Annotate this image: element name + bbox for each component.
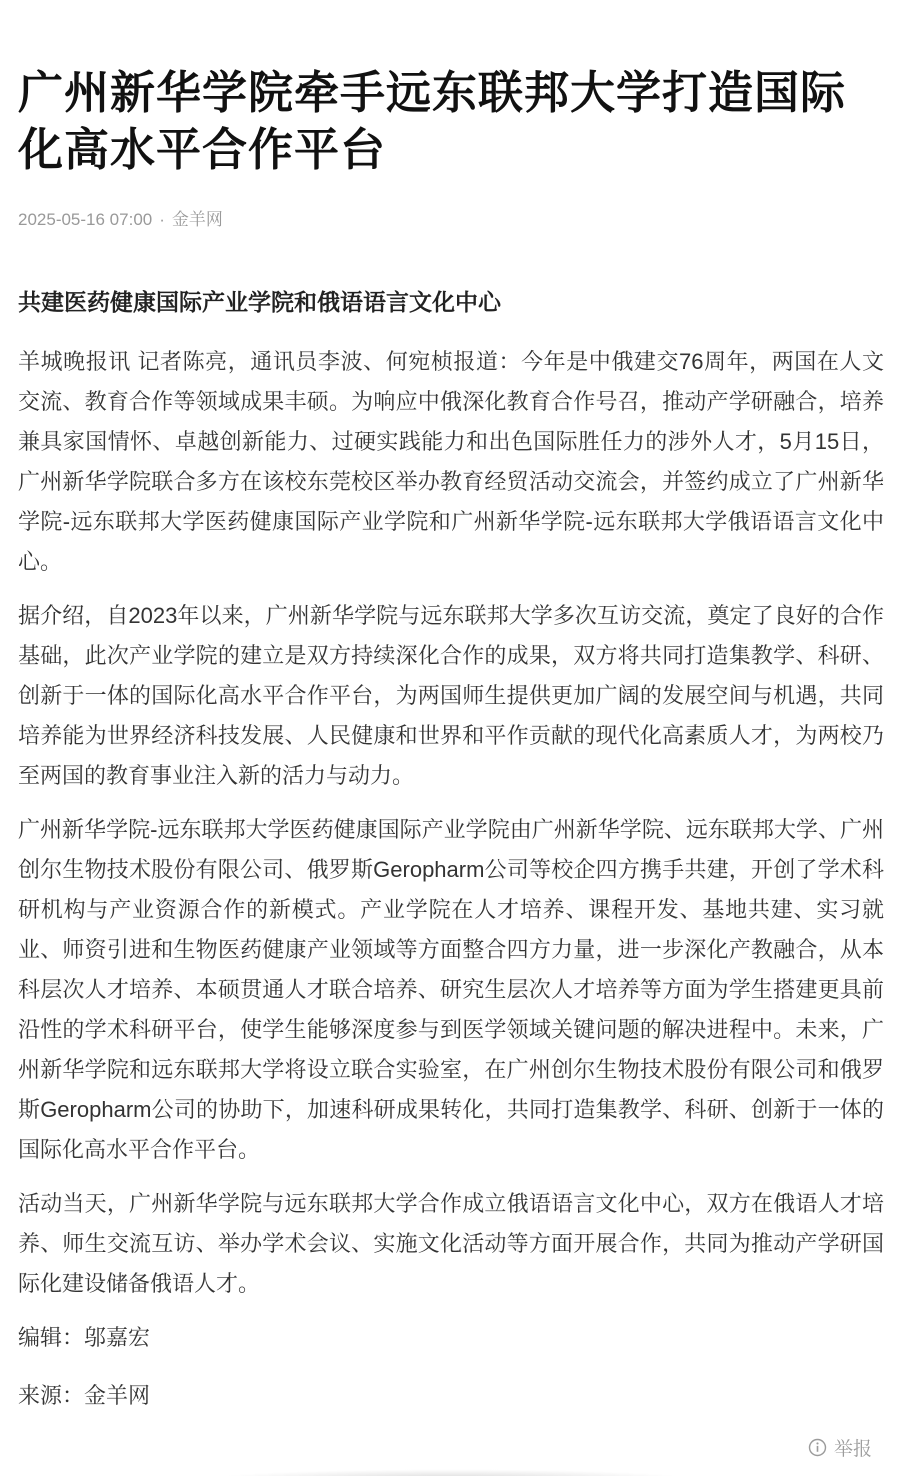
report-row: 举报: [18, 1434, 884, 1462]
report-label: 举报: [834, 1434, 872, 1461]
source-name: 金羊网: [84, 1383, 150, 1408]
editor-label: 编辑：: [18, 1325, 84, 1350]
editor-name: 邬嘉宏: [84, 1325, 150, 1350]
info-circle-icon: [808, 1438, 827, 1457]
report-button[interactable]: 举报: [808, 1434, 872, 1461]
article-body: 羊城晚报讯 记者陈亮，通讯员李波、何宛桢报道：今年是中俄建交76周年，两国在人文…: [18, 342, 884, 1304]
article-paragraph: 据介绍，自2023年以来，广州新华学院与远东联邦大学多次互访交流，奠定了良好的合…: [18, 596, 884, 796]
meta-separator-dot: ·: [159, 210, 165, 229]
publisher-name: 金羊网: [172, 210, 223, 229]
source-line: 来源：金羊网: [18, 1376, 884, 1416]
article-paragraph: 羊城晚报讯 记者陈亮，通讯员李波、何宛桢报道：今年是中俄建交76周年，两国在人文…: [18, 342, 884, 582]
source-label: 来源：: [18, 1383, 84, 1408]
publish-datetime: 2025-05-16 07:00: [18, 210, 152, 229]
editor-line: 编辑：邬嘉宏: [18, 1318, 884, 1358]
article-title: 广州新华学院牵手远东联邦大学打造国际化高水平合作平台: [18, 64, 884, 178]
article-byline: 编辑：邬嘉宏 来源：金羊网: [18, 1318, 884, 1416]
article-meta: 2025-05-16 07:00·金羊网: [18, 208, 884, 232]
article-subheading: 共建医药健康国际产业学院和俄语语言文化中心: [18, 286, 884, 318]
article-paragraph: 活动当天，广州新华学院与远东联邦大学合作成立俄语语言文化中心，双方在俄语人才培养…: [18, 1184, 884, 1304]
article-paragraph: 广州新华学院-远东联邦大学医药健康国际产业学院由广州新华学院、远东联邦大学、广州…: [18, 810, 884, 1170]
article-page: 广州新华学院牵手远东联邦大学打造国际化高水平合作平台 2025-05-16 07…: [0, 0, 902, 1476]
next-card-shadow: [170, 1468, 732, 1476]
